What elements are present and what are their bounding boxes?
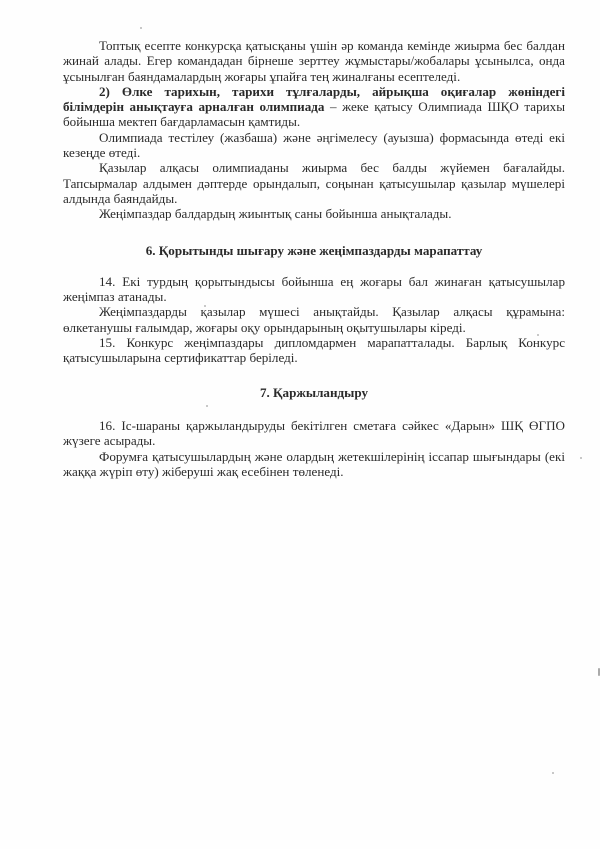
paragraph-team-scoring: Топтық есепте конкурсқа қатысқаны үшін ә… (63, 38, 565, 84)
scan-speck (537, 334, 539, 336)
paragraph-olympiad-description: 2) Өлке тарихын, тарихи тұлғаларды, айры… (63, 84, 565, 130)
spacer (63, 400, 565, 418)
paragraph-jury-composition: Жеңімпаздарды қазылар мүшесі анықтайды. … (63, 304, 565, 335)
paragraph-travel-expenses: Форумға қатысушылардың және олардың жете… (63, 449, 565, 480)
paragraph-jury-evaluation: Қазылар алқасы олимпиаданы жиырма бес ба… (63, 160, 565, 206)
paragraph-winners-determined: Жеңімпаздар балдардың жиынтық саны бойын… (63, 206, 565, 221)
paragraph-item-16: 16. Іс-шараны қаржыландыруды бекітілген … (63, 418, 565, 449)
document-page: Топтық есепте конкурсқа қатысқаны үшін ә… (63, 38, 565, 479)
section-heading-results-awards: 6. Қорытынды шығару және жеңімпаздарды м… (63, 243, 565, 258)
scan-speck (552, 772, 554, 774)
scan-speck (140, 27, 142, 29)
section-heading-financing: 7. Қаржыландыру (63, 385, 565, 400)
spacer (63, 222, 565, 243)
spacer (63, 258, 565, 274)
scan-speck (580, 457, 582, 459)
scan-speck (204, 305, 206, 307)
spacer (63, 366, 565, 385)
paragraph-olympiad-format: Олимпиада тестілеу (жазбаша) және әңгіме… (63, 130, 565, 161)
paragraph-item-15: 15. Конкурс жеңімпаздары дипломдармен ма… (63, 335, 565, 366)
paragraph-item-14: 14. Екі турдың қорытындысы бойынша ең жо… (63, 274, 565, 305)
scan-speck (206, 405, 208, 407)
